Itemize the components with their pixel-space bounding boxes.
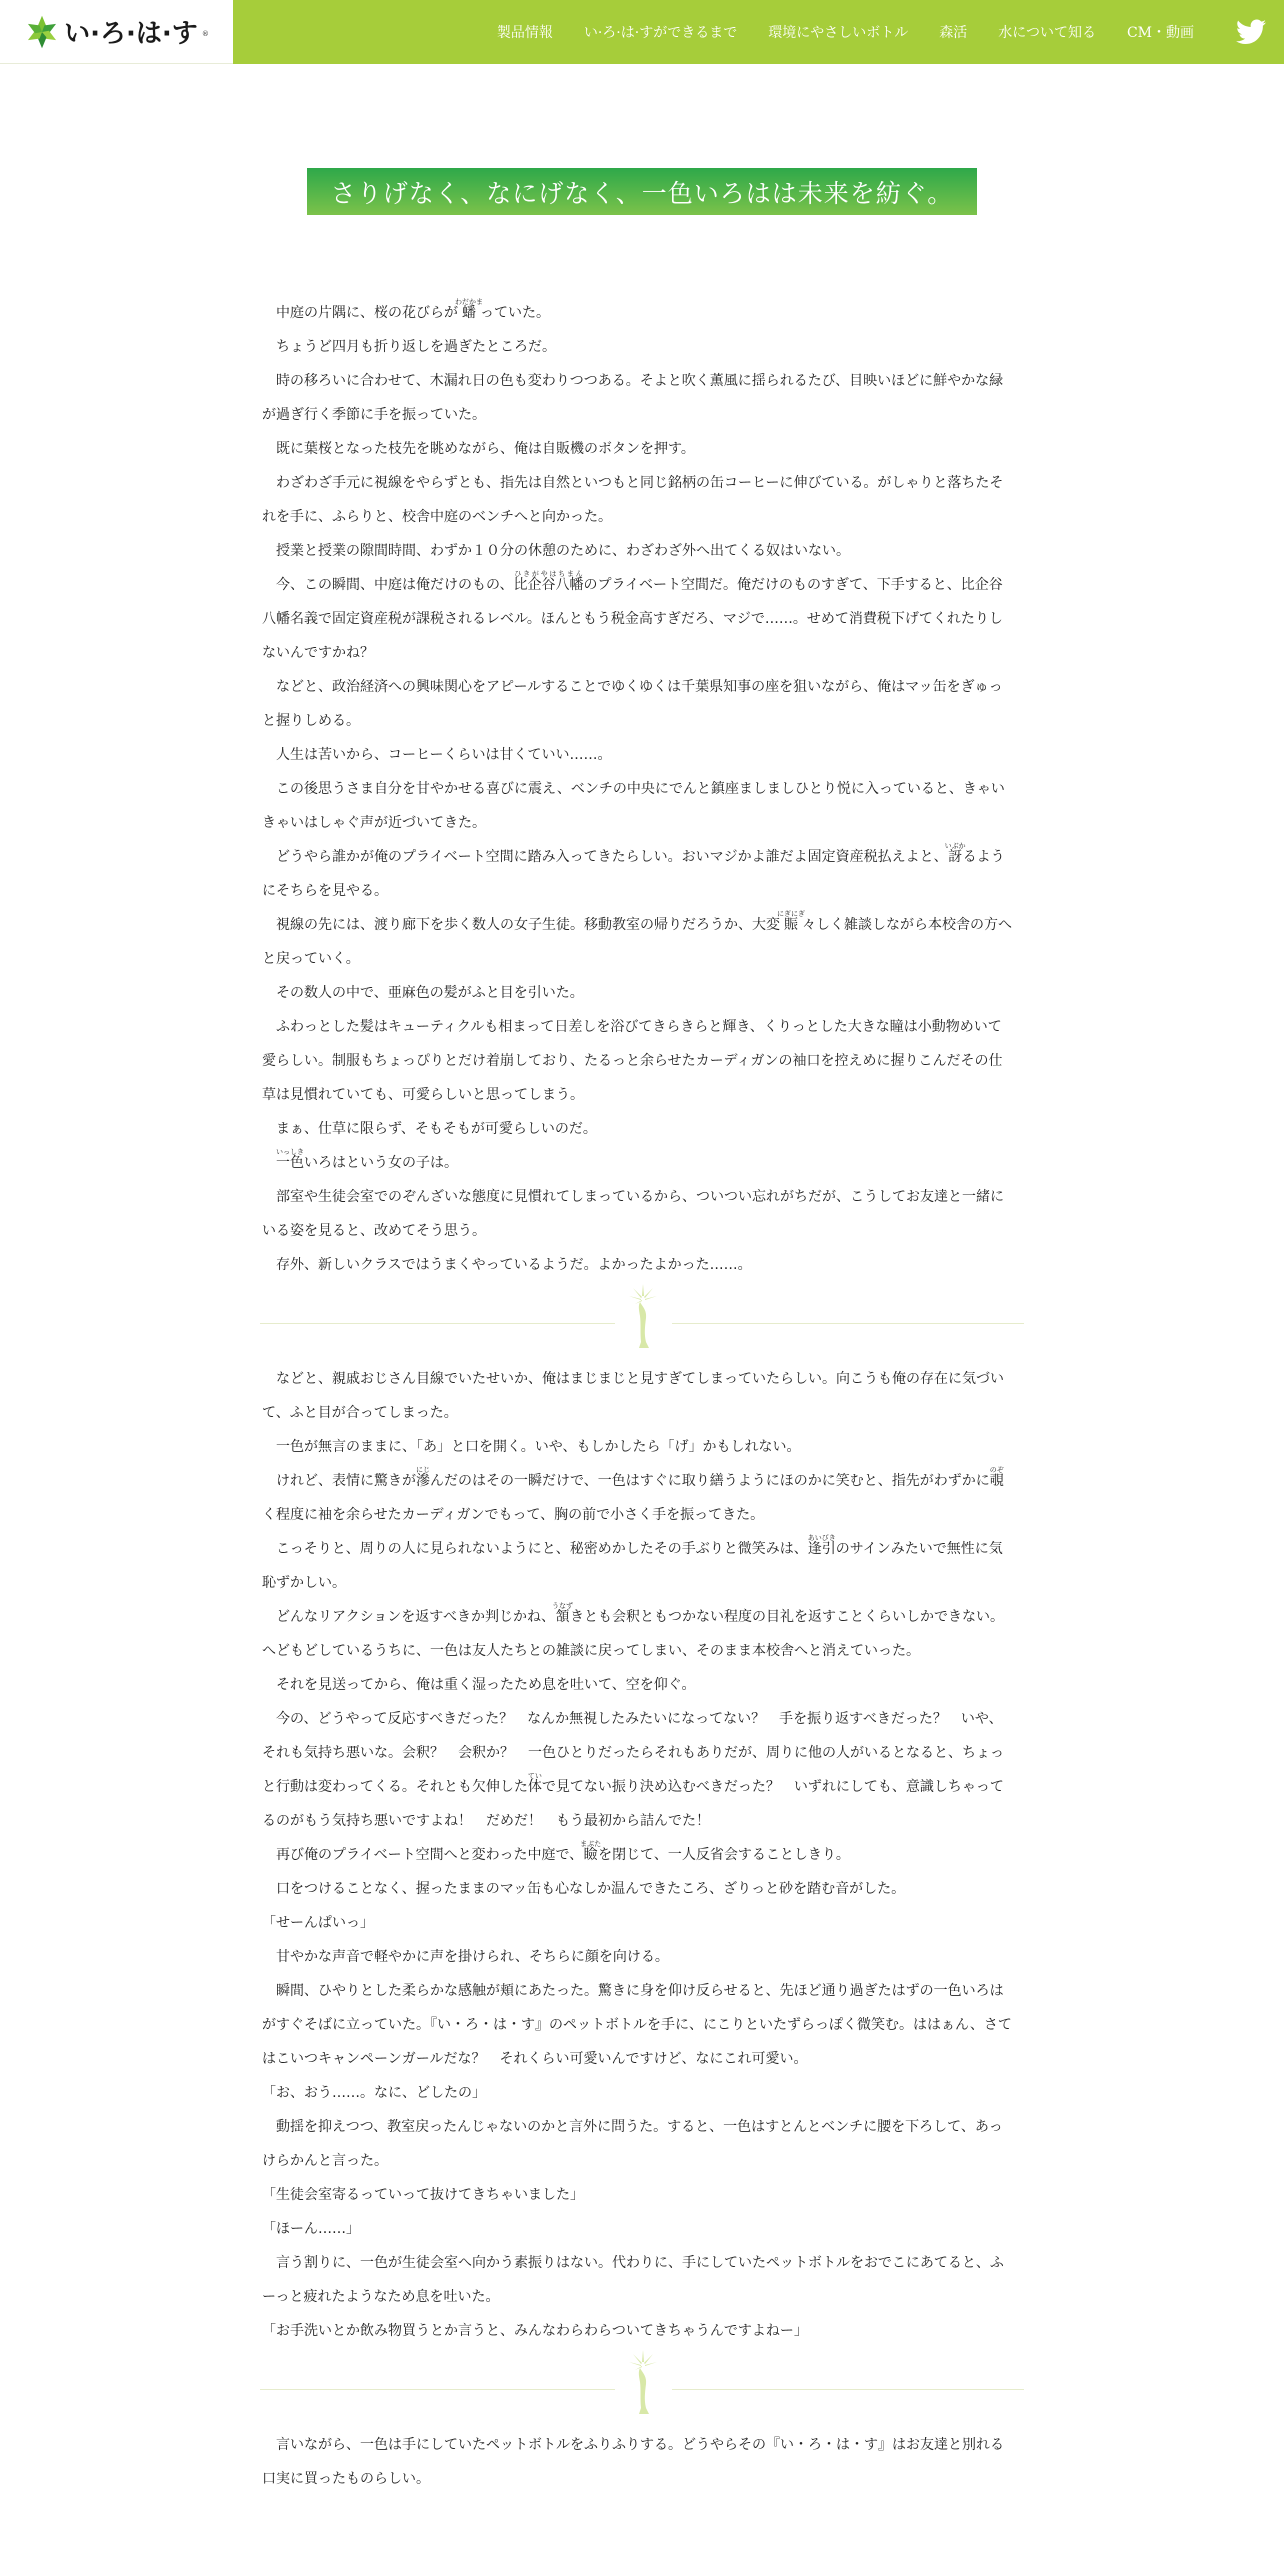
leaf-star-logo-icon xyxy=(24,14,60,50)
story-paragraph: この後思うさま自分を甘やかせる喜びに震え、ベンチの中央にでんと鎮座ましましひとり… xyxy=(262,772,1014,840)
story-paragraph: 動揺を抑えつつ、教室戻ったんじゃないのかと言外に問うた。すると、一色はすとんとベ… xyxy=(262,2110,1014,2178)
text-run: こっそりと、周りの人に見られないようにと、秘密めかしたその手ぶりと微笑みは、 xyxy=(276,1541,808,1557)
text-run: いろはという女の子は。 xyxy=(304,1155,458,1171)
ruby-annotation: 瞼まぶた xyxy=(583,1847,598,1863)
story-paragraph: それを見送ってから、俺は重く湿ったため息を吐いて、空を仰ぐ。 xyxy=(262,1668,1014,1702)
story-paragraph: 一色が無言のままに、「あ」と口を開く。いや、もしかしたら「げ」かもしれない。 xyxy=(262,1430,1014,1464)
logo-text: い·ろ·は·す xyxy=(64,13,198,50)
ruby-annotation: 覗のぞ xyxy=(990,1473,1004,1489)
text-run: 中庭の片隅に、桜の花びらが xyxy=(276,305,458,321)
dialogue-line: 「せーんぱいっ」 xyxy=(262,1906,1014,1940)
dialogue-line: 「生徒会室寄るっていって抜けてきちゃいました」 xyxy=(262,2178,1014,2212)
text-run: っていた。 xyxy=(480,305,550,321)
nav-item-how-its-made[interactable]: い·ろ·は·すができるまで xyxy=(584,22,737,42)
nav-item-about-water[interactable]: 水について知る xyxy=(998,22,1096,42)
nav-item-cm-video[interactable]: CM・動画 xyxy=(1127,22,1194,42)
text-run: んだのはその一瞬だけで、一色はすぐに取り繕うようにほのかに笑むと、指先がわずかに xyxy=(430,1473,990,1489)
main-nav: 製品情報 い·ろ·は·すができるまで 環境にやさしいボトル 森活 水について知る… xyxy=(233,0,1284,64)
registered-mark: ® xyxy=(202,30,209,38)
text-run: 今、この瞬間、中庭は俺だけのもの、 xyxy=(276,577,513,593)
story-paragraph: 言いながら、一色は手にしていたペットボトルをふりふりする。どうやらその『い・ろ・… xyxy=(262,2428,1014,2496)
bottle-ornament-icon xyxy=(625,2348,661,2418)
story-paragraph: 中庭の片隅に、桜の花びらが蟠わだかまっていた。 xyxy=(262,296,1014,330)
text-run: どんなリアクションを返すべきか判じかね、 xyxy=(276,1609,555,1625)
story-paragraph: ちょうど四月も折り返しを過ぎたところだ。 xyxy=(262,330,1014,364)
story-paragraph: 視線の先には、渡り廊下を歩く数人の女子生徒。移動教室の帰りだろうか、大変賑にぎに… xyxy=(262,908,1014,976)
story-paragraph: けれど、表情に驚きが滲にじんだのはその一瞬だけで、一色はすぐに取り繕うようにほの… xyxy=(262,1464,1014,1532)
story-section-3: 言いながら、一色は手にしていたペットボトルをふりふりする。どうやらその『い・ろ・… xyxy=(262,2428,1014,2496)
story-paragraph: 人生は苦いから、コーヒーくらいは甘くていい……。 xyxy=(262,738,1014,772)
story-section-2: などと、親戚おじさん目線でいたせいか、俺はまじまじと見すぎてしまっていたらしい。… xyxy=(262,1362,1014,2348)
story-paragraph: どんなリアクションを返すべきか判じかね、頷うなずきとも会釈ともつかない程度の目礼… xyxy=(262,1600,1014,1668)
dialogue-line: 「お手洗いとか飲み物買うとか言うと、みんなわらわらついてきちゃうんですよねー」 xyxy=(262,2314,1014,2348)
page-title-banner: さりげなく、なにげなく、一色いろはは未来を紡ぐ。 xyxy=(307,168,977,215)
story-paragraph: 今の、どうやって反応すべきだった？ なんか無視したみたいになってない？ 手を振り… xyxy=(262,1702,1014,1838)
story-paragraph: 既に葉桜となった枝先を眺めながら、俺は自販機のボタンを押す。 xyxy=(262,432,1014,466)
story-paragraph: 存外、新しいクラスではうまくやっているようだ。よかったよかった……。 xyxy=(262,1248,1014,1282)
story-paragraph: 口をつけることなく、握ったままのマッ缶も心なしか温んできたころ、ざりっと砂を踏む… xyxy=(262,1872,1014,1906)
ruby-annotation: 頷うなず xyxy=(555,1609,570,1625)
story-paragraph: 甘やかな声音で軽やかに声を掛けられ、そちらに顔を向ける。 xyxy=(262,1940,1014,1974)
text-run: けれど、表情に驚きが xyxy=(276,1473,416,1489)
divider-line-left xyxy=(260,1323,615,1324)
story-section-1: 中庭の片隅に、桜の花びらが蟠わだかまっていた。ちょうど四月も折り返しを過ぎたとこ… xyxy=(262,296,1014,1282)
twitter-bird-icon[interactable] xyxy=(1236,19,1266,45)
section-divider xyxy=(260,2348,1024,2428)
text-run: 視線の先には、渡り廊下を歩く数人の女子生徒。移動教室の帰りだろうか、大変 xyxy=(276,917,780,933)
ruby-annotation: 賑にぎにぎ xyxy=(780,917,802,933)
text-run: く程度に袖を余らせたカーディガンでもって、胸の前で小さく手を振ってきた。 xyxy=(262,1507,764,1523)
divider-line-right xyxy=(672,2389,1024,2390)
story-paragraph: わざわざ手元に視線をやらずとも、指先は自然といつもと同じ銘柄の缶コーヒーに伸びて… xyxy=(262,466,1014,534)
story-paragraph: こっそりと、周りの人に見られないようにと、秘密めかしたその手ぶりと微笑みは、逢引… xyxy=(262,1532,1014,1600)
section-divider xyxy=(260,1282,1024,1362)
story-paragraph: どうやら誰かが俺のプライベート空間に踏み入ってきたらしい。おいマジかよ誰だよ固定… xyxy=(262,840,1014,908)
nav-item-products[interactable]: 製品情報 xyxy=(497,22,553,42)
story-paragraph: 部室や生徒会室でのぞんざいな態度に見慣れてしまっているから、ついつい忘れがちだが… xyxy=(262,1180,1014,1248)
story-paragraph: 時の移ろいに合わせて、木漏れ日の色も変わりつつある。そよと吹く薫風に揺られるたび… xyxy=(262,364,1014,432)
ruby-annotation: 体てい xyxy=(528,1779,542,1795)
ruby-annotation: 比企谷八幡ひきがやはちまん xyxy=(513,577,583,593)
dialogue-line: 「ほーん……」 xyxy=(262,2212,1014,2246)
story-paragraph: 言う割りに、一色が生徒会室へ向かう素振りはない。代わりに、手にしていたペットボト… xyxy=(262,2246,1014,2314)
nav-item-eco-bottle[interactable]: 環境にやさしいボトル xyxy=(768,22,908,42)
ruby-annotation: 訝いぶか xyxy=(948,849,963,865)
logo-area[interactable]: い·ろ·は·す ® xyxy=(0,0,233,64)
story-paragraph: ふわっとした髪はキューティクルも相まって日差しを浴びてきらきらと輝き、くりっとし… xyxy=(262,1010,1014,1112)
story-paragraph: 瞬間、ひやりとした柔らかな感触が頬にあたった。驚きに身を仰け反らせると、先ほど通… xyxy=(262,1974,1014,2076)
divider-line-left xyxy=(260,2389,615,2390)
ruby-annotation: 滲にじ xyxy=(416,1473,430,1489)
story-article: 中庭の片隅に、桜の花びらが蟠わだかまっていた。ちょうど四月も折り返しを過ぎたとこ… xyxy=(262,296,1014,2496)
text-run: を閉じて、一人反省会することしきり。 xyxy=(598,1847,850,1863)
bottle-ornament-icon xyxy=(625,1282,661,1352)
story-paragraph: などと、政治経済への興味関心をアピールすることでゆくゆくは千葉県知事の座を狙いな… xyxy=(262,670,1014,738)
story-paragraph: 授業と授業の隙間時間、わずか１０分の休憩のために、わざわざ外へ出てくる奴はいない… xyxy=(262,534,1014,568)
ruby-annotation: 蟠わだかま xyxy=(458,305,480,321)
ruby-annotation: 逢引あいびき xyxy=(808,1541,836,1557)
story-paragraph: 一色いっしきいろはという女の子は。 xyxy=(262,1146,1014,1180)
site-header: い·ろ·は·す ® 製品情報 い·ろ·は·すができるまで 環境にやさしいボトル … xyxy=(0,0,1284,64)
story-paragraph: 今、この瞬間、中庭は俺だけのもの、比企谷八幡ひきがやはちまんのプライベート空間だ… xyxy=(262,568,1014,670)
dialogue-line: 「お、おう……。なに、どしたの」 xyxy=(262,2076,1014,2110)
story-paragraph: その数人の中で、亜麻色の髪がふと目を引いた。 xyxy=(262,976,1014,1010)
text-run: どうやら誰かが俺のプライベート空間に踏み入ってきたらしい。おいマジかよ誰だよ固定… xyxy=(276,849,948,865)
divider-line-right xyxy=(672,1323,1024,1324)
story-paragraph: まぁ、仕草に限らず、そもそもが可愛らしいのだ。 xyxy=(262,1112,1014,1146)
nav-item-forest[interactable]: 森活 xyxy=(939,22,967,42)
logo[interactable]: い·ろ·は·す ® xyxy=(24,13,209,50)
ruby-annotation: 一色いっしき xyxy=(276,1155,304,1171)
story-paragraph: 再び俺のプライベート空間へと変わった中庭で、瞼まぶたを閉じて、一人反省会すること… xyxy=(262,1838,1014,1872)
text-run: 再び俺のプライベート空間へと変わった中庭で、 xyxy=(276,1847,583,1863)
story-paragraph: などと、親戚おじさん目線でいたせいか、俺はまじまじと見すぎてしまっていたらしい。… xyxy=(262,1362,1014,1430)
